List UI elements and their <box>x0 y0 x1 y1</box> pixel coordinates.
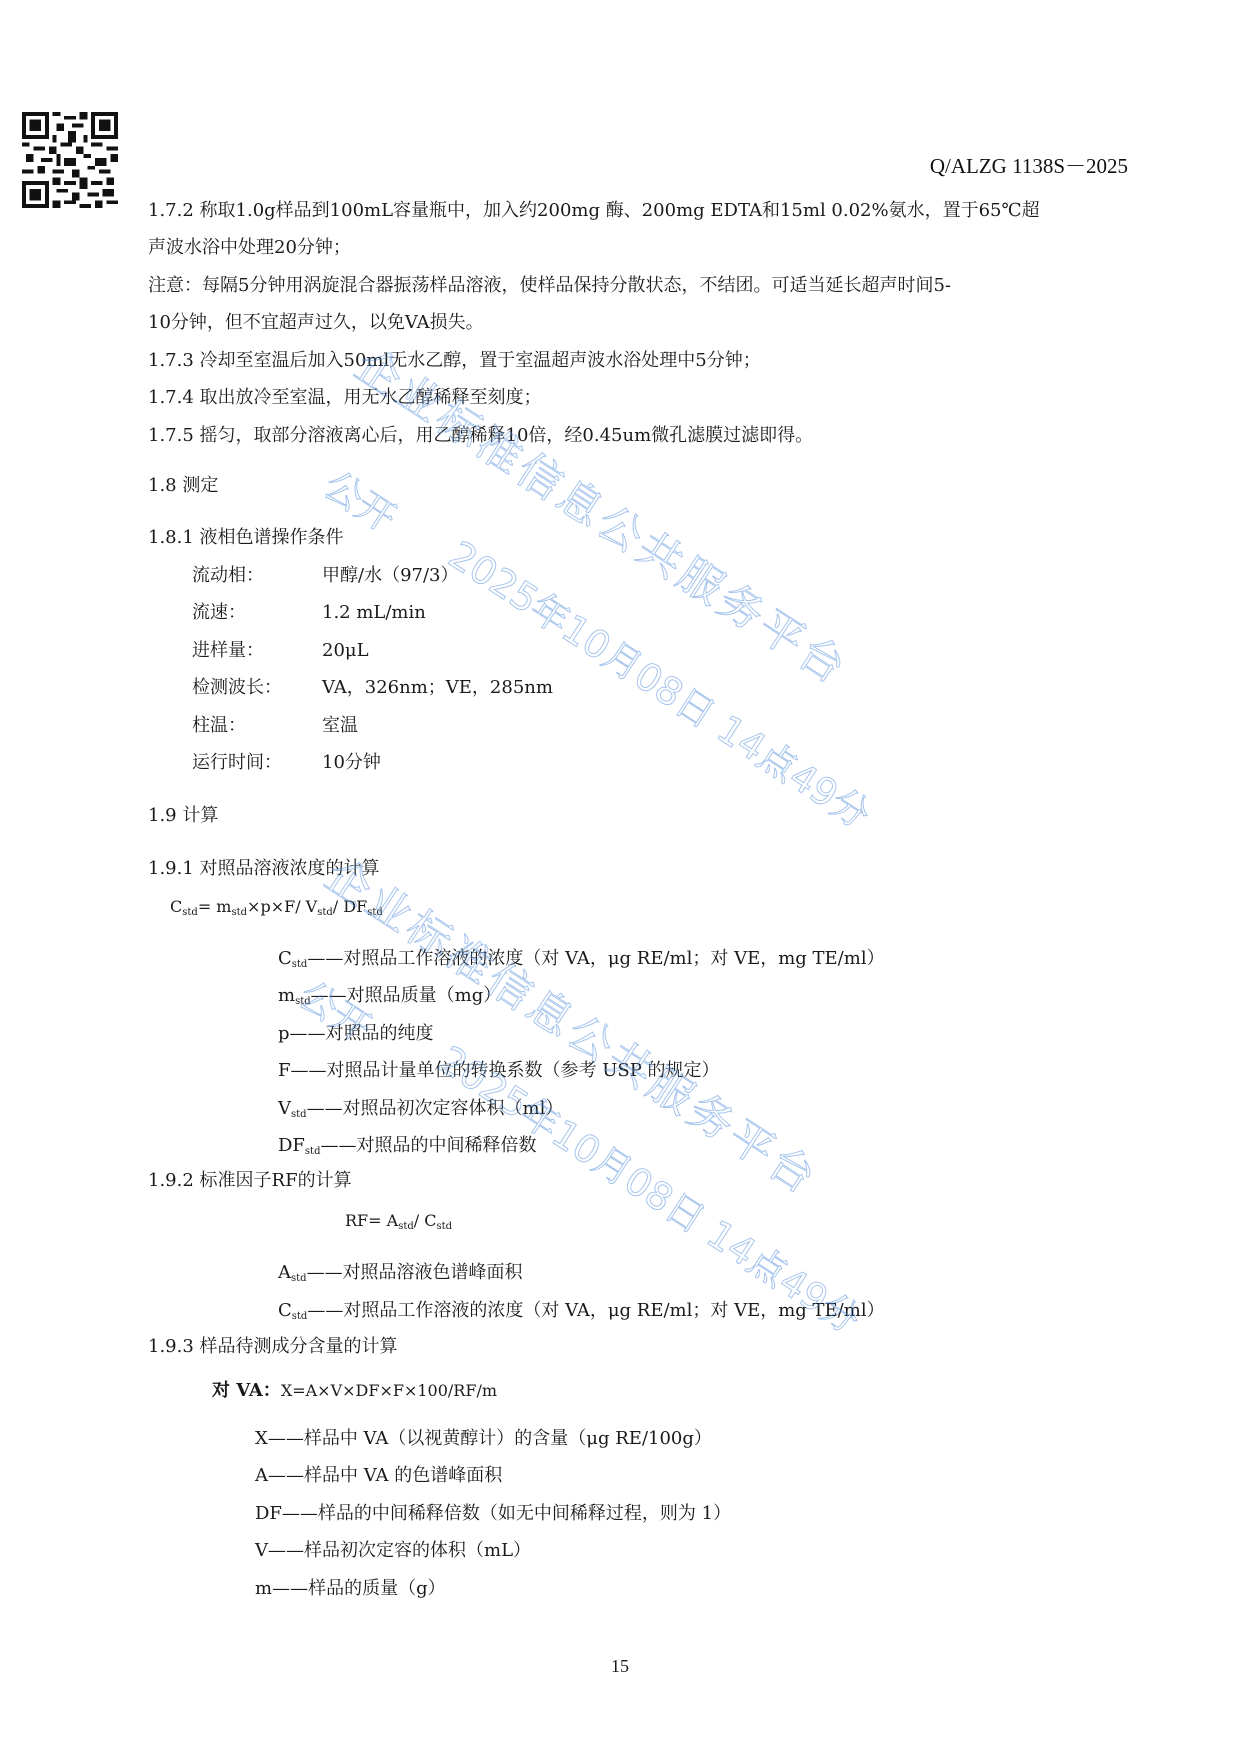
definition-item: DFstd——对照品的中间稀释倍数 <box>278 1135 536 1163</box>
definition-item: p——对照品的纯度 <box>278 1023 434 1045</box>
condition-row: 检测波长：VA，326nm；VE，285nm <box>192 677 553 699</box>
section-1-9-heading: 1.9 计算 <box>148 805 218 827</box>
condition-label: 流速： <box>192 602 322 624</box>
document-code: Q/ALZG 1138S－2025 <box>930 150 1128 180</box>
definition-text: ——对照品计量单位的转换系数（参考 USP 的规定） <box>291 1060 720 1081</box>
definition-item: DF——样品的中间稀释倍数（如无中间稀释过程，则为 1） <box>255 1503 731 1525</box>
condition-value: 1.2 mL/min <box>322 602 426 623</box>
definition-subscript: std <box>295 996 311 1007</box>
definition-text: ——对照品溶液色谱峰面积 <box>307 1262 523 1283</box>
definition-item: Cstd——对照品工作溶液的浓度（对 VA，μg RE/ml；对 VE，mg T… <box>278 1300 885 1328</box>
condition-value: 甲醇/水（97/3） <box>322 565 459 586</box>
formula-label: 对 VA： <box>212 1380 281 1401</box>
formula-subscript: std <box>398 1221 414 1232</box>
condition-value: VA，326nm；VE，285nm <box>322 677 553 698</box>
formula-symbol: ×p×F/ V <box>247 897 317 916</box>
condition-value: 10分钟 <box>322 752 381 773</box>
definition-symbol: DF <box>278 1135 305 1156</box>
formula-subscript: std <box>436 1221 452 1232</box>
definition-text: ——对照品初次定容体积（ml） <box>307 1098 564 1119</box>
watermark-line1: 企业标准信息公共服务平台 <box>345 330 863 697</box>
definition-symbol: m <box>278 985 295 1006</box>
formula-va: 对 VA：X=A×V×DF×F×100/RF/m <box>212 1380 497 1402</box>
definition-symbol: A <box>278 1262 291 1283</box>
definition-text: ——对照品的纯度 <box>290 1023 434 1044</box>
condition-label: 运行时间： <box>192 752 322 774</box>
section-1-7-3: 1.7.3 冷却至室温后加入50ml无水乙醇，置于室温超声波水浴处理中5分钟； <box>148 350 761 372</box>
definition-item: V——样品初次定容的体积（mL） <box>255 1540 531 1562</box>
definition-item: X——样品中 VA（以视黄醇计）的含量（μg RE/100g） <box>255 1428 712 1450</box>
condition-row: 流动相：甲醇/水（97/3） <box>192 565 459 587</box>
section-1-7-2-line2: 声波水浴中处理20分钟； <box>148 237 351 259</box>
section-1-9-2-heading: 1.9.2 标准因子RF的计算 <box>148 1170 352 1192</box>
condition-row: 进样量：20μL <box>192 640 369 662</box>
definition-item: mstd——对照品质量（mg） <box>278 985 501 1013</box>
condition-label: 检测波长： <box>192 677 322 699</box>
definition-symbol: p <box>278 1023 290 1044</box>
formula-cstd: Cstd= mstd×p×F/ Vstd/ DFstd <box>170 896 383 924</box>
formula-subscript: std <box>317 907 333 918</box>
definition-item: Vstd——对照品初次定容体积（ml） <box>278 1098 563 1126</box>
condition-row: 流速：1.2 mL/min <box>192 602 426 624</box>
definition-subscript: std <box>292 959 308 970</box>
definition-symbol: V <box>278 1098 291 1119</box>
definition-item: m——样品的质量（g） <box>255 1578 446 1600</box>
definition-symbol: C <box>278 948 292 969</box>
section-1-7-2-line1: 1.7.2 称取1.0g样品到100mL容量瓶中，加入约200mg 酶、200m… <box>148 200 1040 222</box>
definition-subscript: std <box>292 1311 308 1322</box>
definition-text: ——对照品工作溶液的浓度（对 VA，μg RE/ml；对 VE，mg TE/ml… <box>307 948 884 969</box>
definition-symbol: C <box>278 1300 292 1321</box>
formula-subscript: std <box>231 907 247 918</box>
condition-row: 运行时间：10分钟 <box>192 752 381 774</box>
definition-item: F——对照品计量单位的转换系数（参考 USP 的规定） <box>278 1060 720 1082</box>
section-1-9-1-heading: 1.9.1 对照品溶液浓度的计算 <box>148 858 380 880</box>
note-line2: 10分钟，但不宜超声过久，以免VA损失。 <box>148 312 484 334</box>
condition-label: 进样量： <box>192 640 322 662</box>
formula-symbol: C <box>170 897 182 916</box>
condition-label: 流动相： <box>192 565 322 587</box>
condition-value: 室温 <box>322 715 358 736</box>
formula-subscript: std <box>367 907 383 918</box>
definition-subscript: std <box>305 1146 321 1157</box>
definition-subscript: std <box>291 1109 307 1120</box>
definition-symbol: F <box>278 1060 291 1081</box>
formula-subscript: std <box>182 907 198 918</box>
definition-subscript: std <box>291 1273 307 1284</box>
formula-symbol: = m <box>198 897 232 916</box>
definition-text: ——对照品的中间稀释倍数 <box>320 1135 536 1156</box>
condition-label: 柱温： <box>192 715 322 737</box>
page-number: 15 <box>0 1656 1240 1677</box>
qr-code-icon <box>22 112 118 208</box>
definition-item: Astd——对照品溶液色谱峰面积 <box>278 1262 523 1290</box>
definition-item: A——样品中 VA 的色谱峰面积 <box>255 1465 502 1487</box>
formula-symbol: / DF <box>333 897 367 916</box>
section-1-7-4: 1.7.4 取出放冷至室温，用无水乙醇稀释至刻度； <box>148 387 542 409</box>
condition-row: 柱温：室温 <box>192 715 358 737</box>
definition-item: Cstd——对照品工作溶液的浓度（对 VA，μg RE/ml；对 VE，mg T… <box>278 948 885 976</box>
condition-value: 20μL <box>322 640 369 661</box>
section-1-8-heading: 1.8 测定 <box>148 475 218 497</box>
definition-text: ——对照品工作溶液的浓度（对 VA，μg RE/ml；对 VE，mg TE/ml… <box>307 1300 884 1321</box>
definition-text: ——对照品质量（mg） <box>311 985 502 1006</box>
formula-rf: RF= Astd/ Cstd <box>345 1210 452 1238</box>
formula-symbol: / C <box>414 1211 437 1230</box>
formula-symbol: RF= A <box>345 1211 398 1230</box>
section-1-9-3-heading: 1.9.3 样品待测成分含量的计算 <box>148 1336 398 1358</box>
section-1-8-1-heading: 1.8.1 液相色谱操作条件 <box>148 527 344 549</box>
section-1-7-5: 1.7.5 摇匀，取部分溶液离心后，用乙醇稀释10倍，经0.45um微孔滤膜过滤… <box>148 425 813 447</box>
formula-expression: X=A×V×DF×F×100/RF/m <box>281 1381 497 1400</box>
note-line1: 注意：每隔5分钟用涡旋混合器振荡样品溶液，使样品保持分散状态，不结团。可适当延长… <box>148 275 951 297</box>
